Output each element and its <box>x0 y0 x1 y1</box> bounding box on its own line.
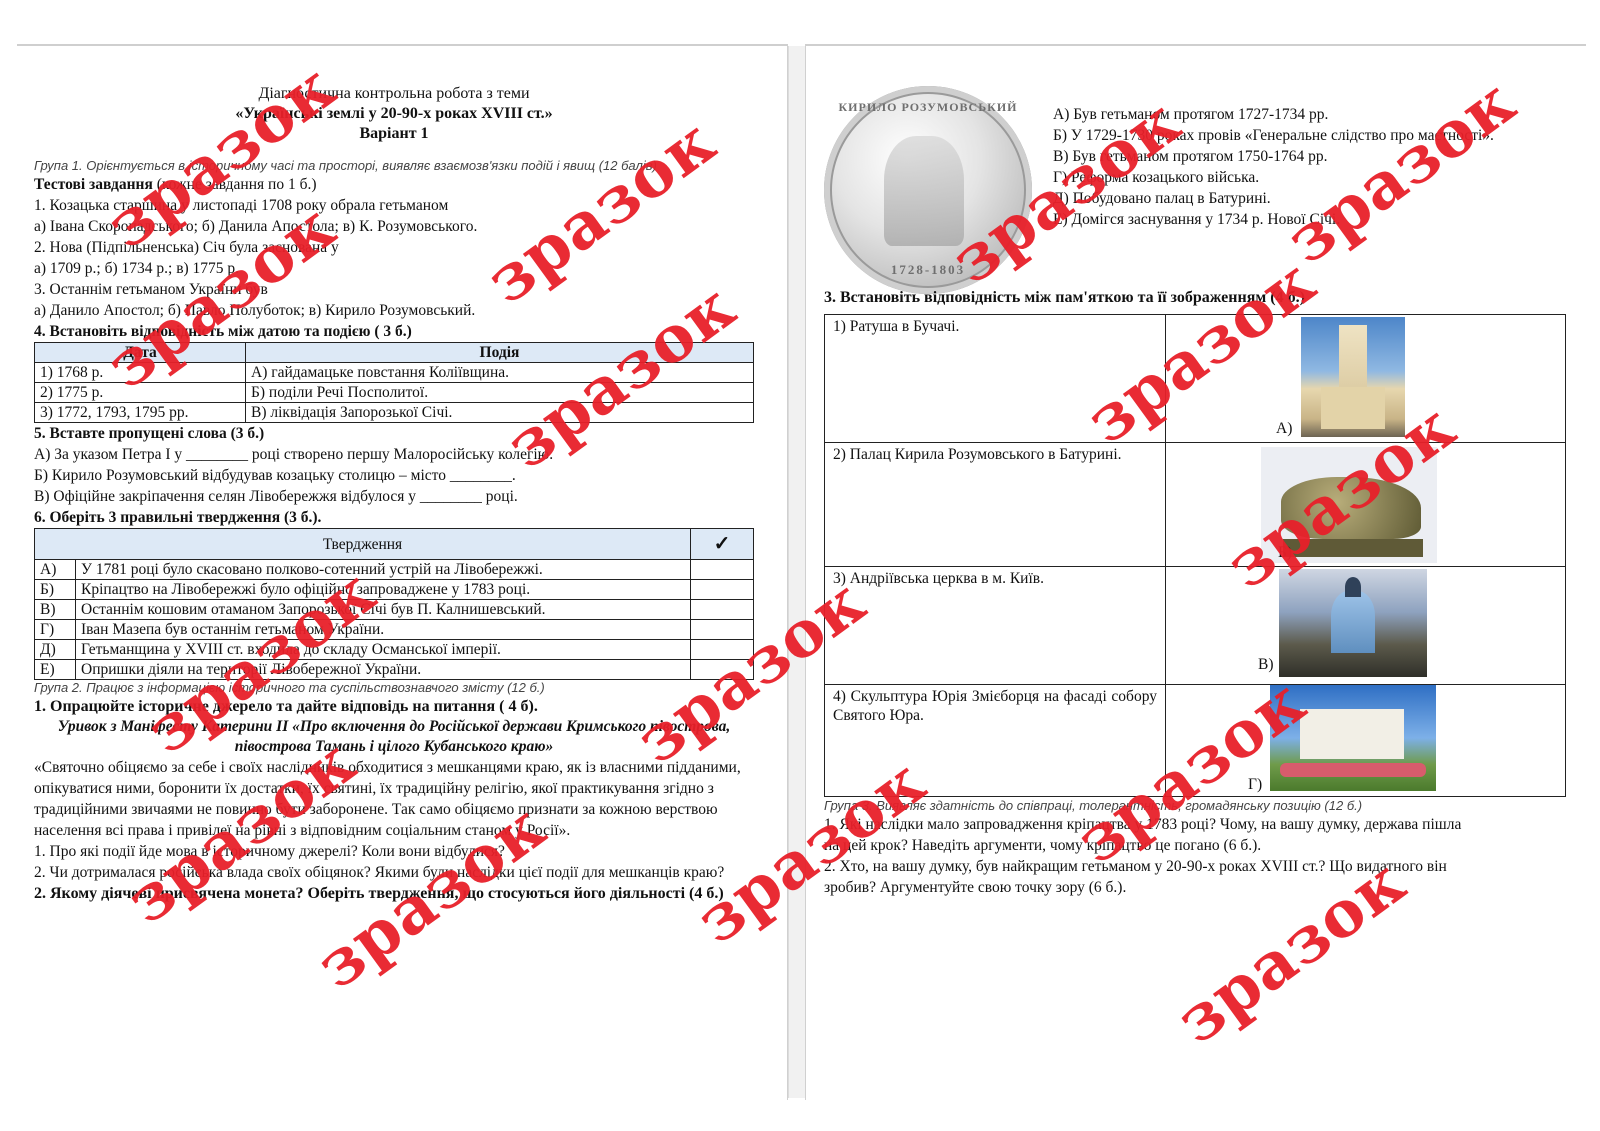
coin-answer-e: Д) Побудовано палац в Батурині. <box>1053 188 1543 209</box>
source-question-1: 1. Про які події йде мова в історичному … <box>34 841 754 862</box>
question-2: 2. Нова (Підпільненська) Січ була заснов… <box>34 237 754 258</box>
monument-text: 1) Ратуша в Бучачі. <box>825 315 1166 443</box>
table-row: 1) 1768 р.А) гайдамацьке повстання Колії… <box>35 363 754 383</box>
image-label-d: Г) <box>1248 775 1262 794</box>
table-row: Д)Гетьманщина у XVIII ст. входила до скл… <box>35 640 754 660</box>
statement-check-cell[interactable] <box>691 600 754 620</box>
title-line-1: Діагностична контрольна робота з теми <box>34 84 754 104</box>
monument-text: 3) Андріївська церква в м. Київ. <box>825 567 1166 685</box>
monument-image-cell: Г) <box>1166 685 1566 797</box>
statement-letter: Е) <box>35 660 76 680</box>
tests-heading: Тестові завдання (кожне завдання по 1 б.… <box>34 174 754 195</box>
statement-check-cell[interactable] <box>691 580 754 600</box>
coin-answer-d: Г) Реформа козацького війська. <box>1053 167 1543 188</box>
table-header-statement: Твердження <box>35 529 691 560</box>
coin-portrait <box>884 136 964 246</box>
statement-text: Опришки діяли на території Лівобережної … <box>76 660 691 680</box>
statement-text: Іван Мазепа був останнім гетьманом Украї… <box>76 620 691 640</box>
event-cell: В) ліквідація Запорозької Січі. <box>246 403 754 423</box>
date-event-table: Дата Подія 1) 1768 р.А) гайдамацьке повс… <box>34 342 754 423</box>
statement-check-cell[interactable] <box>691 620 754 640</box>
source-text: «Святочно обіцяємо за себе і своїх наслі… <box>34 757 754 841</box>
image-label-c: В) <box>1258 655 1274 674</box>
monument-text: 4) Скульптура Юрія Змієборця на фасаді с… <box>825 685 1166 797</box>
g3-question-1: 1. Які наслідки мало запровадження кріпа… <box>824 814 1464 856</box>
table-row: В)Останнім кошовим отаманом Запорозької … <box>35 600 754 620</box>
coin-answer-a: А) Був гетьманом протягом 1727-1734 рр. <box>1053 104 1543 125</box>
statement-check-cell[interactable] <box>691 660 754 680</box>
town-hall-photo <box>1301 317 1405 437</box>
group2-heading: Група 2. Працює з інформацією історичног… <box>34 680 754 696</box>
date-cell: 2) 1775 р. <box>35 383 246 403</box>
check-header-icon: ✓ <box>691 529 754 560</box>
table-row: 3) Андріївська церква в м. Київ. В) <box>825 567 1566 685</box>
coin-answer-list: А) Був гетьманом протягом 1727-1734 рр. … <box>1053 104 1543 230</box>
question-5-line-b: Б) Кирило Розумовський відбудував козаць… <box>34 465 754 486</box>
source-question-2: 2. Чи дотрималася російська влада своїх … <box>34 862 754 883</box>
statement-text: Гетьманщина у XVIII ст. входила до склад… <box>76 640 691 660</box>
table-row: Г)Іван Мазепа був останнім гетьманом Укр… <box>35 620 754 640</box>
monument-image-cell: Б) <box>1166 443 1566 567</box>
tests-heading-bold: Тестові завдання <box>34 176 153 193</box>
source-title: Уривок з Маніфесту Катерини ІІ «Про вклю… <box>34 717 754 757</box>
event-cell: А) гайдамацьке повстання Коліївщина. <box>246 363 754 383</box>
table-row: Е)Опришки діяли на території Лівобережно… <box>35 660 754 680</box>
question-1-options: а) Івана Скоропадського; б) Данила Апост… <box>34 216 754 237</box>
statement-letter: Д) <box>35 640 76 660</box>
document-page-left: Діагностична контрольна робота з теми «У… <box>17 44 788 1100</box>
group3-heading: Група 3. Виявляє здатність до співпраці,… <box>824 798 1564 814</box>
coin-answer-f: Е) Домігся заснування у 1734 р. Нової Сі… <box>1053 209 1543 230</box>
g2-question-1-heading: 1. Опрацюйте історичне джерело та дайте … <box>34 696 754 717</box>
question-5-heading: 5. Вставте пропущені слова (3 б.) <box>34 423 754 444</box>
monument-match-table: 1) Ратуша в Бучачі. А) 2) Палац Кирила Р… <box>824 314 1566 797</box>
statement-letter: В) <box>35 600 76 620</box>
statement-check-cell[interactable] <box>691 560 754 580</box>
question-3-options: а) Данило Апостол; б) Павло Полуботок; в… <box>34 300 754 321</box>
event-cell: Б) поділи Речі Посполитої. <box>246 383 754 403</box>
statement-text: У 1781 році було скасовано полково-сотен… <box>76 560 691 580</box>
question-4-heading: 4. Встановіть відповідність між датою та… <box>34 321 754 342</box>
table-row: 2) Палац Кирила Розумовського в Батурині… <box>825 443 1566 567</box>
coin-answer-b: Б) У 1729-1730 роках провів «Генеральне … <box>1053 125 1543 146</box>
page-gutter <box>788 46 806 1098</box>
table-row: 2) 1775 р.Б) поділи Речі Посполитої. <box>35 383 754 403</box>
question-3: 3. Останнім гетьманом України був <box>34 279 754 300</box>
g2-question-2-heading: 2. Якому діячеві присвячена монета? Обер… <box>34 883 754 904</box>
statement-letter: А) <box>35 560 76 580</box>
tests-heading-note: (кожне завдання по 1 б.) <box>153 176 317 193</box>
statement-text: Кріпацтво на Лівобережжі було офіційно з… <box>76 580 691 600</box>
st-andrew-church-photo <box>1279 569 1427 677</box>
question-1: 1. Козацька старшина у листопаді 1708 ро… <box>34 195 754 216</box>
coin-image: КИРИЛО РОЗУМОВСЬКИЙ 1728-1803 <box>824 86 1032 294</box>
table-header-date: Дата <box>35 343 246 363</box>
image-label-a: А) <box>1276 419 1292 438</box>
document-page-right: КИРИЛО РОЗУМОВСЬКИЙ 1728-1803 А) Був гет… <box>805 44 1586 1100</box>
g3-question-2: 2. Хто, на вашу думку, був найкращим гет… <box>824 856 1464 898</box>
table-row: А)У 1781 році було скасовано полково-сот… <box>35 560 754 580</box>
page-left-content: Діагностична контрольна робота з теми «У… <box>34 84 754 904</box>
table-row: 3) 1772, 1793, 1795 рр.В) ліквідація Зап… <box>35 403 754 423</box>
question-5-line-c: В) Офіційне закріпачення селян Лівобереж… <box>34 486 754 507</box>
title-line-2: «Українські землі у 20-90-х роках XVIII … <box>34 104 754 124</box>
date-cell: 1) 1768 р. <box>35 363 246 383</box>
question-5-line-a: А) За указом Петра І у ________ році ств… <box>34 444 754 465</box>
group1-heading: Група 1. Орієнтується в історичному часі… <box>34 158 754 174</box>
image-label-b: Б) <box>1278 543 1292 562</box>
table-header-event: Подія <box>246 343 754 363</box>
table-row: Б)Кріпацтво на Лівобережжі було офіційно… <box>35 580 754 600</box>
coin-years: 1728-1803 <box>824 262 1032 278</box>
question-2-options: а) 1709 р.; б) 1734 р.; в) 1775 р. <box>34 258 754 279</box>
table-row: 4) Скульптура Юрія Змієборця на фасаді с… <box>825 685 1566 797</box>
monument-image-cell: А) <box>1166 315 1566 443</box>
date-cell: 3) 1772, 1793, 1795 рр. <box>35 403 246 423</box>
g2-question-3-heading: 3. Встановіть відповідність між пам'ятко… <box>824 289 1305 307</box>
statement-check-cell[interactable] <box>691 640 754 660</box>
group3-section: Група 3. Виявляє здатність до співпраці,… <box>824 798 1564 898</box>
title-variant: Варіант 1 <box>34 124 754 144</box>
statement-letter: Г) <box>35 620 76 640</box>
baturyn-palace-photo <box>1270 685 1436 791</box>
coin-inscription: КИРИЛО РОЗУМОВСЬКИЙ <box>824 100 1032 115</box>
question-6-heading: 6. Оберіть 3 правильні твердження (3 б.)… <box>34 507 754 528</box>
monument-image-cell: В) <box>1166 567 1566 685</box>
table-row: 1) Ратуша в Бучачі. А) <box>825 315 1566 443</box>
coin-answer-c: В) Був гетьманом протягом 1750-1764 рр. <box>1053 146 1543 167</box>
monument-text: 2) Палац Кирила Розумовського в Батурині… <box>825 443 1166 567</box>
statement-text: Останнім кошовим отаманом Запорозької Сі… <box>76 600 691 620</box>
statement-letter: Б) <box>35 580 76 600</box>
statements-table: Твердження ✓ А)У 1781 році було скасован… <box>34 528 754 680</box>
